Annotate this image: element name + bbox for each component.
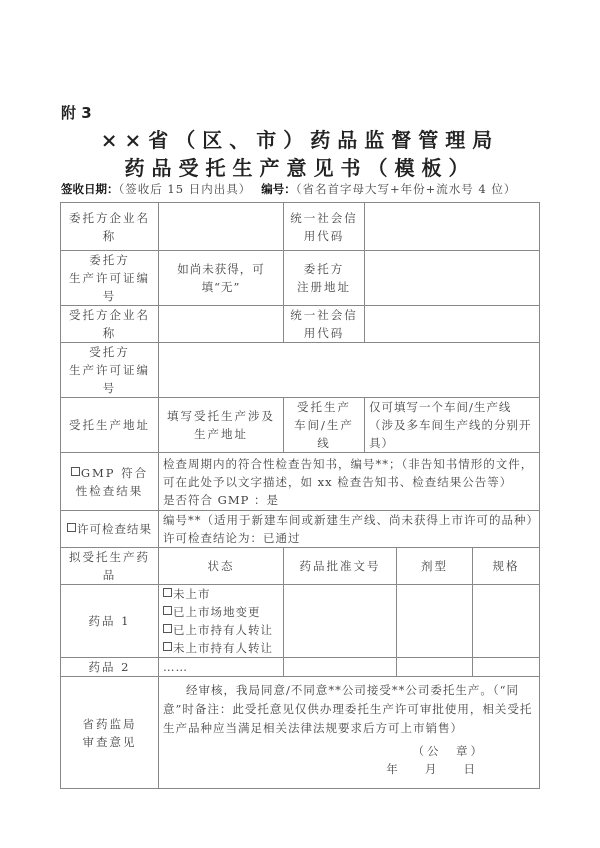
drug-1-spec-field[interactable] [473, 585, 540, 658]
review-label-line2: 审查意见 [65, 733, 154, 751]
status-option-unlisted[interactable]: 未上市 [163, 585, 279, 603]
entrusting-address-label-line1: 委托方 [288, 260, 360, 278]
drug-1-status-cell: 未上市 已上市场地变更 已上市持有人转让 未上市持有人转让 [159, 585, 284, 658]
drug-1-approval-no-field[interactable] [284, 585, 397, 658]
production-line-label: 受托生产 车间/生产线 [284, 398, 365, 453]
header-approval-no: 药品批准文号 [284, 548, 397, 585]
header-spec: 规格 [473, 548, 540, 585]
drug-2-dosage-form-field[interactable] [397, 658, 473, 677]
entrusted-name-label: 受托方企业名称 [61, 306, 159, 343]
status-option-label: 已上市场地变更 [173, 605, 261, 619]
review-date-text: 年 月 日 [163, 760, 535, 778]
row-entrusted-name: 受托方企业名称 统一社会信用代码 [61, 306, 540, 343]
checkbox-icon [163, 642, 172, 651]
review-opinion-field[interactable]: 经审核，我局同意/不同意**公司接受**公司委托生产。（“同意”时备注：此受托意… [159, 677, 540, 789]
status-option-label: 未上市 [173, 587, 211, 601]
entrusted-credit-code-field[interactable] [365, 306, 540, 343]
drug-row-1: 药品 1 未上市 已上市场地变更 已上市持有人转让 未上市持有人转让 [61, 585, 540, 658]
opinion-form-table: 委托方企业名称 统一社会信用代码 委托方 生产许可证编号 如尚未获得，可填“无”… [60, 202, 540, 789]
entrusted-license-label: 受托方 生产许可证编号 [61, 343, 159, 398]
checkbox-icon [163, 588, 172, 597]
entrusted-license-label-line1: 受托方 [65, 343, 154, 361]
license-result-field[interactable]: 编号**（适用于新建车间或新建生产线、尚未获得上市许可的品种） 许可检查结论为：… [159, 511, 540, 548]
gmp-result-field[interactable]: 检查周期内的符合性检查告知书，编号**；（非告知书情形的文件，可在此处予以文字描… [159, 453, 540, 511]
checkbox-icon [163, 624, 172, 633]
entrusting-address-field[interactable] [365, 251, 540, 306]
status-option-label: 已上市持有人转让 [173, 623, 273, 637]
row-review-opinion: 省药监局 审查意见 经审核，我局同意/不同意**公司接受**公司委托生产。（“同… [61, 677, 540, 789]
license-result-label-cell: 许可检查结果 [61, 511, 159, 548]
header-dosage-form: 剂型 [397, 548, 473, 585]
entrusting-license-field[interactable]: 如尚未获得，可填“无” [159, 251, 284, 306]
status-option-site-change[interactable]: 已上市场地变更 [163, 603, 279, 621]
row-entrusted-license: 受托方 生产许可证编号 [61, 343, 540, 398]
gmp-compliance-text: 是否符合 GMP ：是 [163, 491, 535, 509]
production-address-field[interactable]: 填写受托生产涉及生产地址 [159, 398, 284, 453]
drug-row-2: 药品 2 …… [61, 658, 540, 677]
status-option-listed-transfer[interactable]: 已上市持有人转让 [163, 621, 279, 639]
gmp-result-text: 检查周期内的符合性检查告知书，编号**；（非告知书情形的文件，可在此处予以文字描… [163, 455, 535, 491]
entrusting-license-label: 委托方 生产许可证编号 [61, 251, 159, 306]
drug-1-dosage-form-field[interactable] [397, 585, 473, 658]
entrusting-address-label-line2: 注册地址 [288, 278, 360, 296]
entrusted-license-label-line2: 生产许可证编号 [65, 361, 154, 397]
row-license-result: 许可检查结果 编号**（适用于新建车间或新建生产线、尚未获得上市许可的品种） 许… [61, 511, 540, 548]
drug-2-spec-field[interactable] [473, 658, 540, 677]
entrusting-name-field[interactable] [159, 203, 284, 251]
license-result-checkbox[interactable] [67, 523, 76, 532]
review-label-line1: 省药监局 [65, 715, 154, 733]
entrusting-license-label-line1: 委托方 [65, 251, 154, 269]
status-option-unlisted-transfer[interactable]: 未上市持有人转让 [163, 639, 279, 657]
sign-info-line: 签收日期：（签收后 15 日内出具）编号：（省名首字母大写+年份+流水号 4 位… [61, 181, 526, 197]
entrusting-address-label: 委托方 注册地址 [284, 251, 365, 306]
sign-date-label: 签收日期： [61, 182, 119, 196]
entrusted-license-field[interactable] [159, 343, 540, 398]
header-drug: 拟受托生产药品 [61, 548, 159, 585]
entrusting-license-label-line2: 生产许可证编号 [65, 269, 154, 305]
header-status: 状态 [159, 548, 284, 585]
document-title-line2: 药品受托生产意见书（模板） [0, 152, 600, 181]
production-line-label-line2: 车间/生产线 [288, 416, 360, 452]
row-gmp-result: GMP 符合性检查结果 检查周期内的符合性检查告知书，编号**；（非告知书情形的… [61, 453, 540, 511]
row-entrusting-license: 委托方 生产许可证编号 如尚未获得，可填“无” 委托方 注册地址 [61, 251, 540, 306]
checkbox-icon [163, 606, 172, 615]
official-seal-text: （公 章） [163, 742, 535, 760]
review-opinion-text: 经审核，我局同意/不同意**公司接受**公司委托生产。（“同意”时备注：此受托意… [163, 681, 535, 738]
gmp-result-label-cell: GMP 符合性检查结果 [61, 453, 159, 511]
license-conclusion-text: 许可检查结论为：已通过 [163, 529, 535, 547]
entrusting-name-label: 委托方企业名称 [61, 203, 159, 251]
drug-2-name: 药品 2 [61, 658, 159, 677]
status-option-label: 未上市持有人转让 [173, 641, 273, 655]
drug-2-status-field[interactable]: …… [159, 658, 284, 677]
document-title-line1: ××省（区、市）药品监督管理局 [0, 124, 600, 153]
license-result-label: 许可检查结果 [77, 522, 152, 536]
production-address-label: 受托生产地址 [61, 398, 159, 453]
drug-1-name: 药品 1 [61, 585, 159, 658]
production-line-field[interactable]: 仅可填写一个车间/生产线（涉及多车间生产线的分别开具） [365, 398, 540, 453]
serial-no-label: 编号： [261, 182, 296, 196]
annex-label: 附 3 [61, 102, 92, 123]
entrusted-name-field[interactable] [159, 306, 284, 343]
license-result-text: 编号**（适用于新建车间或新建生产线、尚未获得上市许可的品种） [163, 511, 535, 529]
entrusted-credit-code-label: 统一社会信用代码 [284, 306, 365, 343]
drug-table-header: 拟受托生产药品 状态 药品批准文号 剂型 规格 [61, 548, 540, 585]
gmp-result-checkbox[interactable] [71, 467, 80, 476]
sign-date-note: （签收后 15 日内出具） [119, 182, 252, 196]
entrusting-credit-code-label: 统一社会信用代码 [284, 203, 365, 251]
serial-no-note: （省名首字母大写+年份+流水号 4 位） [296, 182, 517, 196]
row-entrusting-name: 委托方企业名称 统一社会信用代码 [61, 203, 540, 251]
production-line-label-line1: 受托生产 [288, 398, 360, 416]
row-production-address: 受托生产地址 填写受托生产涉及生产地址 受托生产 车间/生产线 仅可填写一个车间… [61, 398, 540, 453]
entrusting-credit-code-field[interactable] [365, 203, 540, 251]
gmp-result-label: GMP 符合性检查结果 [76, 466, 148, 498]
review-label: 省药监局 审查意见 [61, 677, 159, 789]
drug-2-approval-no-field[interactable] [284, 658, 397, 677]
